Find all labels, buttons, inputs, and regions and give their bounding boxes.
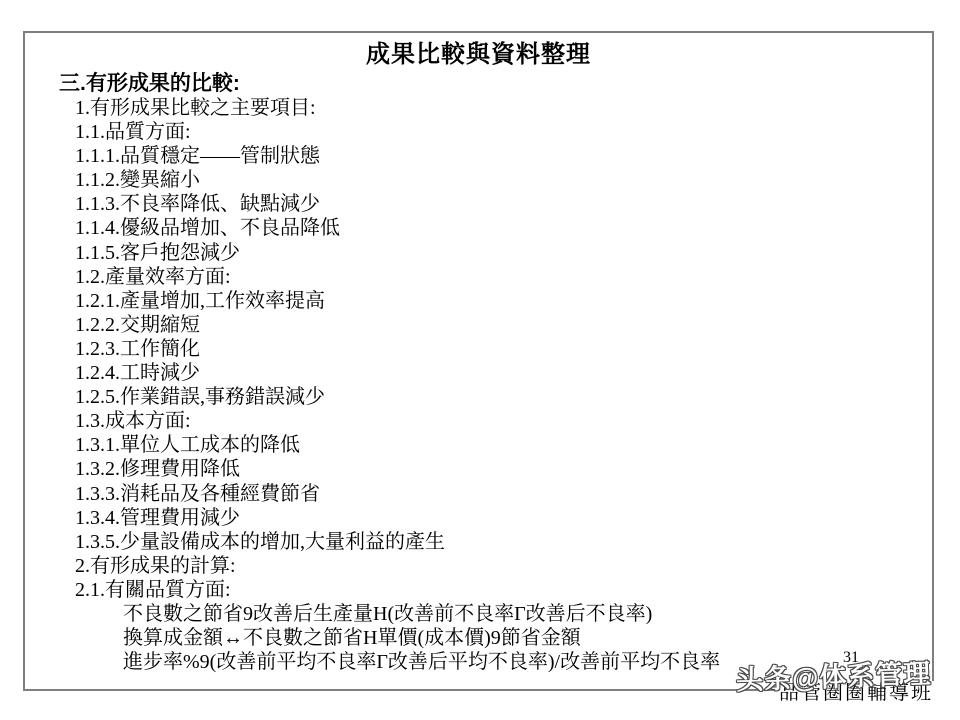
formula-line: 換算成金額↔不良數之節省H單價(成本價)9節省金額 [25,626,932,650]
content-line: 1.2.5.作業錯誤,事務錯誤減少 [25,385,932,409]
content-line: 2.1.有關品質方面: [25,578,932,602]
content-line: 1.3.5.少量設備成本的增加,大量利益的產生 [25,530,932,554]
content-line: 1.2.2.交期縮短 [25,313,932,337]
content-line: 1.1.1.品質穩定——管制狀態 [25,144,932,168]
content-line: 1.1.4.優級品增加、不良品降低 [25,216,932,240]
section-heading: 三.有形成果的比較: [59,71,932,96]
content-line: 1.3.4.管理費用減少 [25,506,932,530]
content-line: 1.2.產量效率方面: [25,265,932,289]
content-line: 1.3.3.消耗品及各種經費節省 [25,482,932,506]
content-line: 1.1.品質方面: [25,120,932,144]
content-line: 1.3.成本方面: [25,409,932,433]
content-list: 1.有形成果比較之主要項目: 1.1.品質方面: 1.1.1.品質穩定——管制狀… [25,96,932,674]
content-line: 1.1.2.變異縮小 [25,168,932,192]
formula-line: 不良數之節省9改善后生產量H(改善前不良率Γ改善后不良率) [25,602,932,626]
content-line: 1.1.3.不良率降低、缺點減少 [25,192,932,216]
content-line: 2.有形成果的計算: [25,554,932,578]
content-line: 1.2.1.產量增加,工作效率提高 [25,289,932,313]
content-line: 1.3.1.單位人工成本的降低 [25,433,932,457]
content-line: 1.1.5.客戶抱怨減少 [25,241,932,265]
content-line: 1.有形成果比較之主要項目: [25,96,932,120]
slide-title: 成果比較與資料整理 [25,41,932,69]
content-line: 1.2.4.工時減少 [25,361,932,385]
content-line: 1.3.2.修理費用降低 [25,457,932,481]
content-line: 1.2.3.工作簡化 [25,337,932,361]
slide-frame: 成果比較與資料整理 三.有形成果的比較: 1.有形成果比較之主要項目: 1.1.… [23,31,934,691]
